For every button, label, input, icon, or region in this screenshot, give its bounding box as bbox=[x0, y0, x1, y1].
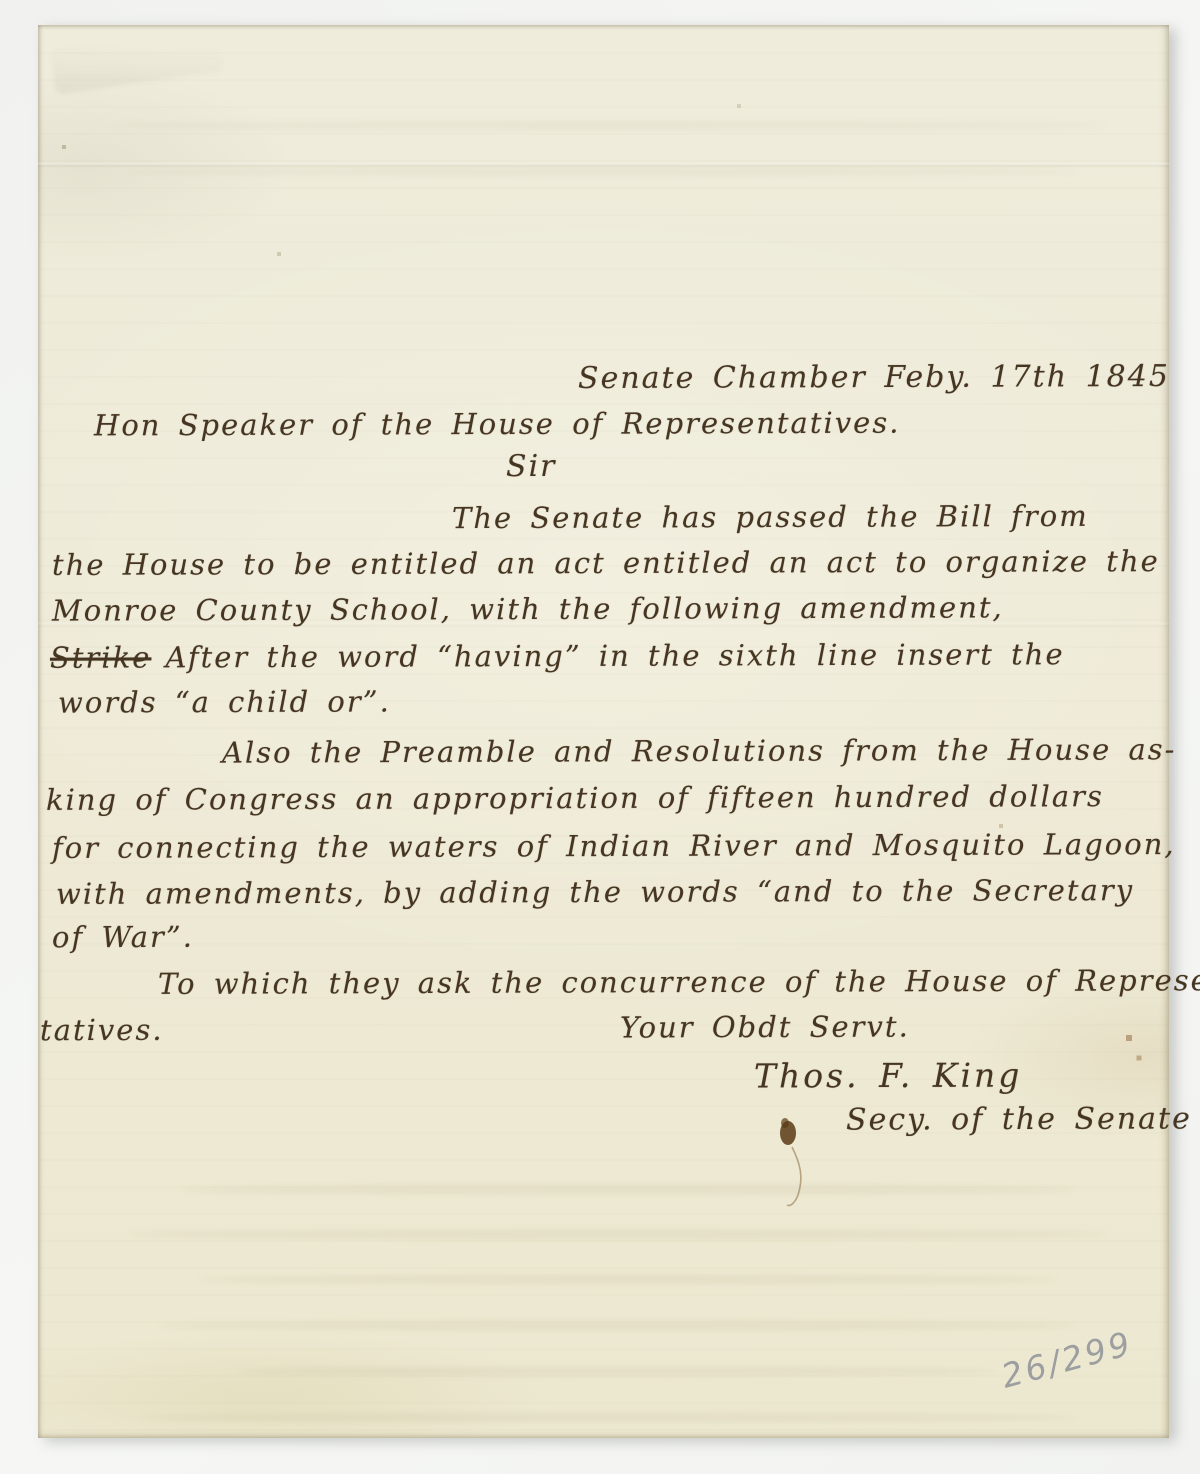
dateline: Senate Chamber Feby. 17th 1845 bbox=[578, 359, 1170, 397]
show-through-line bbox=[198, 1275, 1058, 1284]
body-line-4-text: After the word “having” in the sixth lin… bbox=[165, 637, 1064, 674]
body-line-11: To which they ask the concurrence of the… bbox=[158, 963, 1200, 1002]
show-through-line bbox=[238, 1367, 998, 1376]
struck-word: Strike bbox=[50, 640, 152, 674]
body-line-5: words “a child or”. bbox=[58, 684, 391, 720]
body-line-2: the House to be entitled an act entitled… bbox=[52, 544, 1160, 583]
ink-blot-stain bbox=[760, 1111, 820, 1221]
show-through-line bbox=[108, 121, 1108, 130]
body-line-12: tatives. bbox=[40, 1013, 164, 1048]
show-through-line bbox=[178, 1185, 1078, 1194]
show-through-line bbox=[128, 1230, 1108, 1239]
show-through-line bbox=[158, 1321, 1078, 1330]
body-line-4: StrikeAfter the word “having” in the six… bbox=[50, 637, 1065, 675]
signature-name: Thos. F. King bbox=[754, 1056, 1023, 1097]
signature-title: Secy. of the Senate bbox=[846, 1101, 1192, 1138]
show-through-line bbox=[138, 1413, 1078, 1422]
body-line-6: Also the Preamble and Resolutions from t… bbox=[222, 732, 1177, 770]
body-line-9: with amendments, by adding the words “an… bbox=[56, 873, 1134, 912]
body-line-10: of War”. bbox=[52, 920, 194, 955]
recipient-line: Hon Speaker of the House of Representati… bbox=[94, 406, 901, 444]
body-line-1: The Senate has passed the Bill from bbox=[452, 499, 1089, 536]
closing: Your Obdt Servt. bbox=[620, 1009, 910, 1045]
body-line-8: for connecting the waters of Indian Rive… bbox=[52, 827, 1176, 866]
show-through-line bbox=[128, 167, 1078, 176]
letter-page: Senate Chamber Feby. 17th 1845 Hon Speak… bbox=[38, 25, 1169, 1438]
paper-texture bbox=[38, 25, 1169, 1438]
body-line-3: Monroe County School, with the following… bbox=[52, 590, 1004, 628]
archival-number: 26/299 bbox=[997, 1323, 1137, 1395]
paper-specks bbox=[38, 25, 40, 27]
body-line-7: king of Congress an appropriation of fif… bbox=[46, 779, 1104, 817]
scanned-letter-screenshot: { "letter": { "dateline": "Senate Chambe… bbox=[0, 0, 1200, 1474]
salutation: Sir bbox=[506, 449, 557, 485]
embossed-corner-mark bbox=[50, 25, 225, 94]
